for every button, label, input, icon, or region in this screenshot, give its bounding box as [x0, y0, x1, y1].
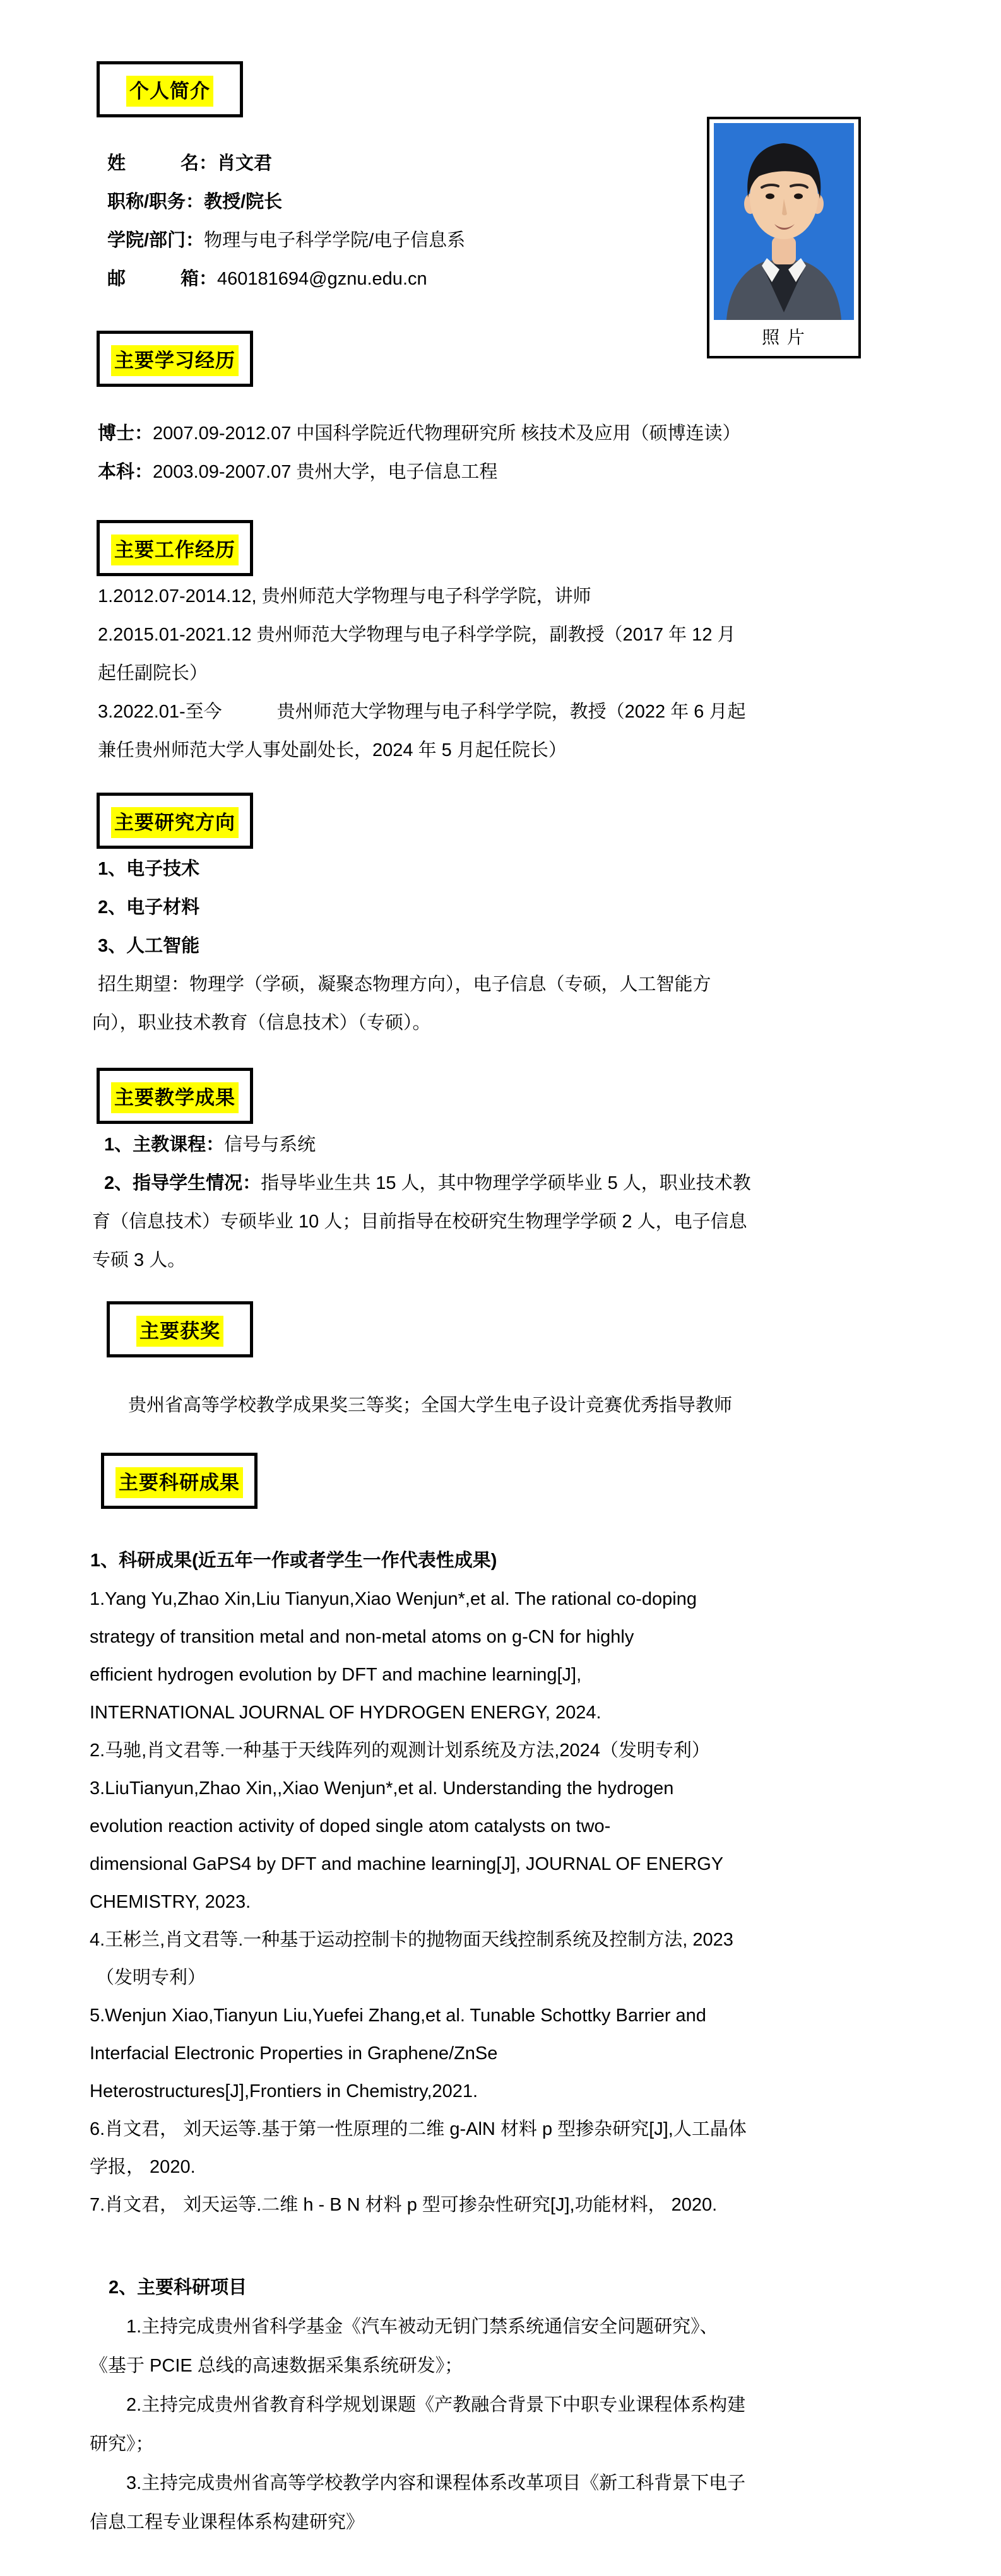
profile-field-title: 职称/职务：教授/院长: [107, 183, 1001, 222]
section-work-header: 主要工作经历: [97, 520, 1001, 576]
profile-title-box: 个人简介: [97, 61, 243, 117]
publication-line: strategy of transition metal and non-met…: [90, 1618, 1001, 1656]
teaching-students-value: 指导毕业生共 15 人，其中物理学学硕毕业 5 人，职业技术教: [261, 1173, 751, 1193]
work-line: 起任副院长）: [98, 654, 1001, 693]
publication-line: dimensional GaPS4 by DFT and machine lea…: [90, 1845, 1001, 1883]
teaching-course-value: 信号与系统: [224, 1135, 316, 1155]
work-line: 3.2022.01-至今 贵州师范大学物理与电子科学学院，教授（2022 年 6…: [98, 693, 1001, 731]
eye-left: [766, 194, 774, 199]
field-label-name: 姓 名：: [107, 153, 217, 174]
faculty-profile-page: { "page": { "background": "#ffffff", "hi…: [0, 0, 1001, 2576]
section-teaching-header: 主要教学成果: [97, 1068, 1001, 1124]
field-label-department: 学院/部门：: [107, 230, 204, 251]
research-direction: 2、电子材料: [98, 889, 1001, 927]
teaching-course-line: 1、主教课程：信号与系统: [104, 1126, 1001, 1164]
publications-list: 1.Yang Yu,Zhao Xin,Liu Tianyun,Xiao Wenj…: [0, 1580, 1001, 2224]
publication-line: 2.马驰,肖文君等.一种基于天线阵列的观测计划系统及方法,2024（发明专利）: [90, 1732, 1001, 1770]
publication-line: 学报， 2020.: [90, 2148, 1001, 2186]
work-title: 主要工作经历: [111, 535, 239, 565]
publication-line: 4.王彬兰,肖文君等.一种基于运动控制卡的抛物面天线控制系统及控制方法, 202…: [90, 1921, 1001, 1959]
teaching-title: 主要教学成果: [111, 1082, 239, 1113]
work-title-box: 主要工作经历: [97, 520, 253, 576]
profile-title: 个人简介: [126, 76, 213, 107]
publication-line: 5.Wenjun Xiao,Tianyun Liu,Yuefei Zhang,e…: [90, 1997, 1001, 2035]
publication-line: 7.肖文君， 刘天运等.二维 h - B N 材料 p 型可掺杂性研究[J],功…: [90, 2186, 1001, 2224]
research-enroll-line: 向），职业技术教育（信息技术）（专硕）。: [92, 1004, 1001, 1043]
teaching-students-line: 2、指导学生情况：指导毕业生共 15 人，其中物理学学硕毕业 5 人，职业技术教: [104, 1164, 1001, 1203]
section-profile-header: 个人简介: [97, 61, 1001, 117]
project-line: 3.主持完成贵州省高等学校教学内容和课程体系改革项目《新工科背景下电子: [126, 2464, 1001, 2503]
award-line: 贵州省高等学校教学成果奖三等奖；全国大学生电子设计竞赛优秀指导教师: [128, 1386, 1001, 1425]
work-list: 1.2012.07-2014.12, 贵州师范大学物理与电子科学学院，讲师 2.…: [0, 577, 1001, 770]
projects-heading-block: 2、主要科研项目: [0, 2269, 1001, 2307]
awards-title-box: 主要获奖: [107, 1301, 253, 1357]
publication-line: 3.LiuTianyun,Zhao Xin,,Xiao Wenjun*,et a…: [90, 1770, 1001, 1807]
awards-title: 主要获奖: [136, 1316, 223, 1347]
photo-label: 照 片: [709, 320, 858, 355]
publication-line: CHEMISTRY, 2023.: [90, 1883, 1001, 1921]
photo-box: 照 片: [707, 117, 861, 358]
field-value-email: 460181694@gznu.edu.cn: [217, 269, 427, 289]
neck-shape: [772, 237, 796, 264]
publication-line: 6.肖文君， 刘天运等.基于第一性原理的二维 g-AlN 材料 p 型掺杂研究[…: [90, 2110, 1001, 2148]
portrait-photo: [714, 123, 854, 320]
education-title: 主要学习经历: [111, 345, 239, 376]
scientific-title-box: 主要科研成果: [101, 1453, 258, 1509]
education-degree-label: 博士：: [98, 423, 153, 444]
profile-field-name: 姓 名：肖文君: [107, 145, 1001, 183]
projects-list: 1.主持完成贵州省科学基金《汽车被动无钥门禁系统通信安全问题研究》、 《基于 P…: [0, 2307, 1001, 2542]
publication-line: evolution reaction activity of doped sin…: [90, 1807, 1001, 1845]
publication-line: INTERNATIONAL JOURNAL OF HYDROGEN ENERGY…: [90, 1694, 1001, 1732]
research-title: 主要研究方向: [111, 807, 239, 838]
teaching-students-label: 2、指导学生情况：: [104, 1173, 261, 1193]
teaching-continuation-line: 专硕 3 人。: [92, 1241, 1001, 1280]
teaching-title-box: 主要教学成果: [97, 1068, 253, 1124]
research-list: 1、电子技术 2、电子材料 3、人工智能 招生期望：物理学（学硕，凝聚态物理方向…: [0, 850, 1001, 1043]
field-value-department: 物理与电子科学学院/电子信息系: [204, 230, 465, 251]
education-title-box: 主要学习经历: [97, 331, 253, 387]
education-degree-detail: 2007.09-2012.07 中国科学院近代物理研究所 核技术及应用（硕博连读…: [153, 423, 740, 444]
education-item-phd: 博士：2007.09-2012.07 中国科学院近代物理研究所 核技术及应用（硕…: [98, 415, 1001, 453]
field-label-email: 邮 箱：: [107, 269, 217, 289]
research-title-box: 主要研究方向: [97, 793, 253, 849]
publications-heading: 1、科研成果(近五年一作或者学生一作代表性成果): [90, 1542, 1001, 1580]
education-degree-label: 本科：: [98, 462, 153, 482]
research-direction: 3、人工智能: [98, 927, 1001, 966]
eye-right: [794, 194, 803, 199]
education-degree-detail: 2003.09-2007.07 贵州大学，电子信息工程: [153, 462, 497, 482]
publication-line: 1.Yang Yu,Zhao Xin,Liu Tianyun,Xiao Wenj…: [90, 1580, 1001, 1618]
work-line: 兼任贵州师范大学人事处副处长，2024 年 5 月起任院长）: [98, 731, 1001, 770]
section-scientific-header: 主要科研成果: [101, 1453, 1001, 1509]
field-value-name: 肖文君: [217, 153, 272, 174]
publications-heading-block: 1、科研成果(近五年一作或者学生一作代表性成果): [0, 1542, 1001, 1580]
publication-line: （发明专利）: [96, 1959, 1001, 1997]
work-line: 1.2012.07-2014.12, 贵州师范大学物理与电子科学学院，讲师: [98, 577, 1001, 616]
projects-heading: 2、主要科研项目: [109, 2269, 1001, 2307]
teaching-list: 1、主教课程：信号与系统 2、指导学生情况：指导毕业生共 15 人，其中物理学学…: [0, 1126, 1001, 1280]
project-line: 1.主持完成贵州省科学基金《汽车被动无钥门禁系统通信安全问题研究》、: [126, 2307, 1001, 2346]
teaching-continuation-line: 育（信息技术）专硕毕业 10 人；目前指导在校研究生物理学学硕 2 人，电子信息: [92, 1203, 1001, 1241]
profile-field-email: 邮 箱：460181694@gznu.edu.cn: [107, 260, 1001, 298]
research-enroll-line: 招生期望：物理学（学硕，凝聚态物理方向），电子信息（专硕，人工智能方: [98, 966, 1001, 1004]
profile-field-department: 学院/部门：物理与电子科学学院/电子信息系: [107, 222, 1001, 260]
education-list: 博士：2007.09-2012.07 中国科学院近代物理研究所 核技术及应用（硕…: [0, 415, 1001, 492]
project-line: 信息工程专业课程体系构建研究》: [90, 2503, 1001, 2542]
publication-line: Interfacial Electronic Properties in Gra…: [90, 2035, 1001, 2072]
project-line: 《基于 PCIE 总线的高速数据采集系统研发》；: [90, 2346, 1001, 2385]
field-value-title: 教授/院长: [204, 192, 282, 212]
section-awards-header: 主要获奖: [107, 1301, 1001, 1357]
research-direction: 1、电子技术: [98, 850, 1001, 889]
section-research-header: 主要研究方向: [97, 793, 1001, 849]
section-education-header: 主要学习经历: [97, 331, 1001, 387]
education-item-bachelor: 本科：2003.09-2007.07 贵州大学，电子信息工程: [98, 453, 1001, 492]
awards-list: 贵州省高等学校教学成果奖三等奖；全国大学生电子设计竞赛优秀指导教师: [0, 1386, 1001, 1425]
field-label-title: 职称/职务：: [107, 192, 204, 212]
project-line: 2.主持完成贵州省教育科学规划课题《产教融合背景下中职专业课程体系构建: [126, 2385, 1001, 2425]
work-line: 2.2015.01-2021.12 贵州师范大学物理与电子科学学院，副教授（20…: [98, 616, 1001, 654]
publication-line: efficient hydrogen evolution by DFT and …: [90, 1656, 1001, 1694]
project-line: 研究》；: [90, 2425, 1001, 2464]
teaching-course-label: 1、主教课程：: [104, 1135, 224, 1155]
scientific-title: 主要科研成果: [115, 1467, 243, 1498]
publication-line: Heterostructures[J],Frontiers in Chemist…: [90, 2072, 1001, 2110]
